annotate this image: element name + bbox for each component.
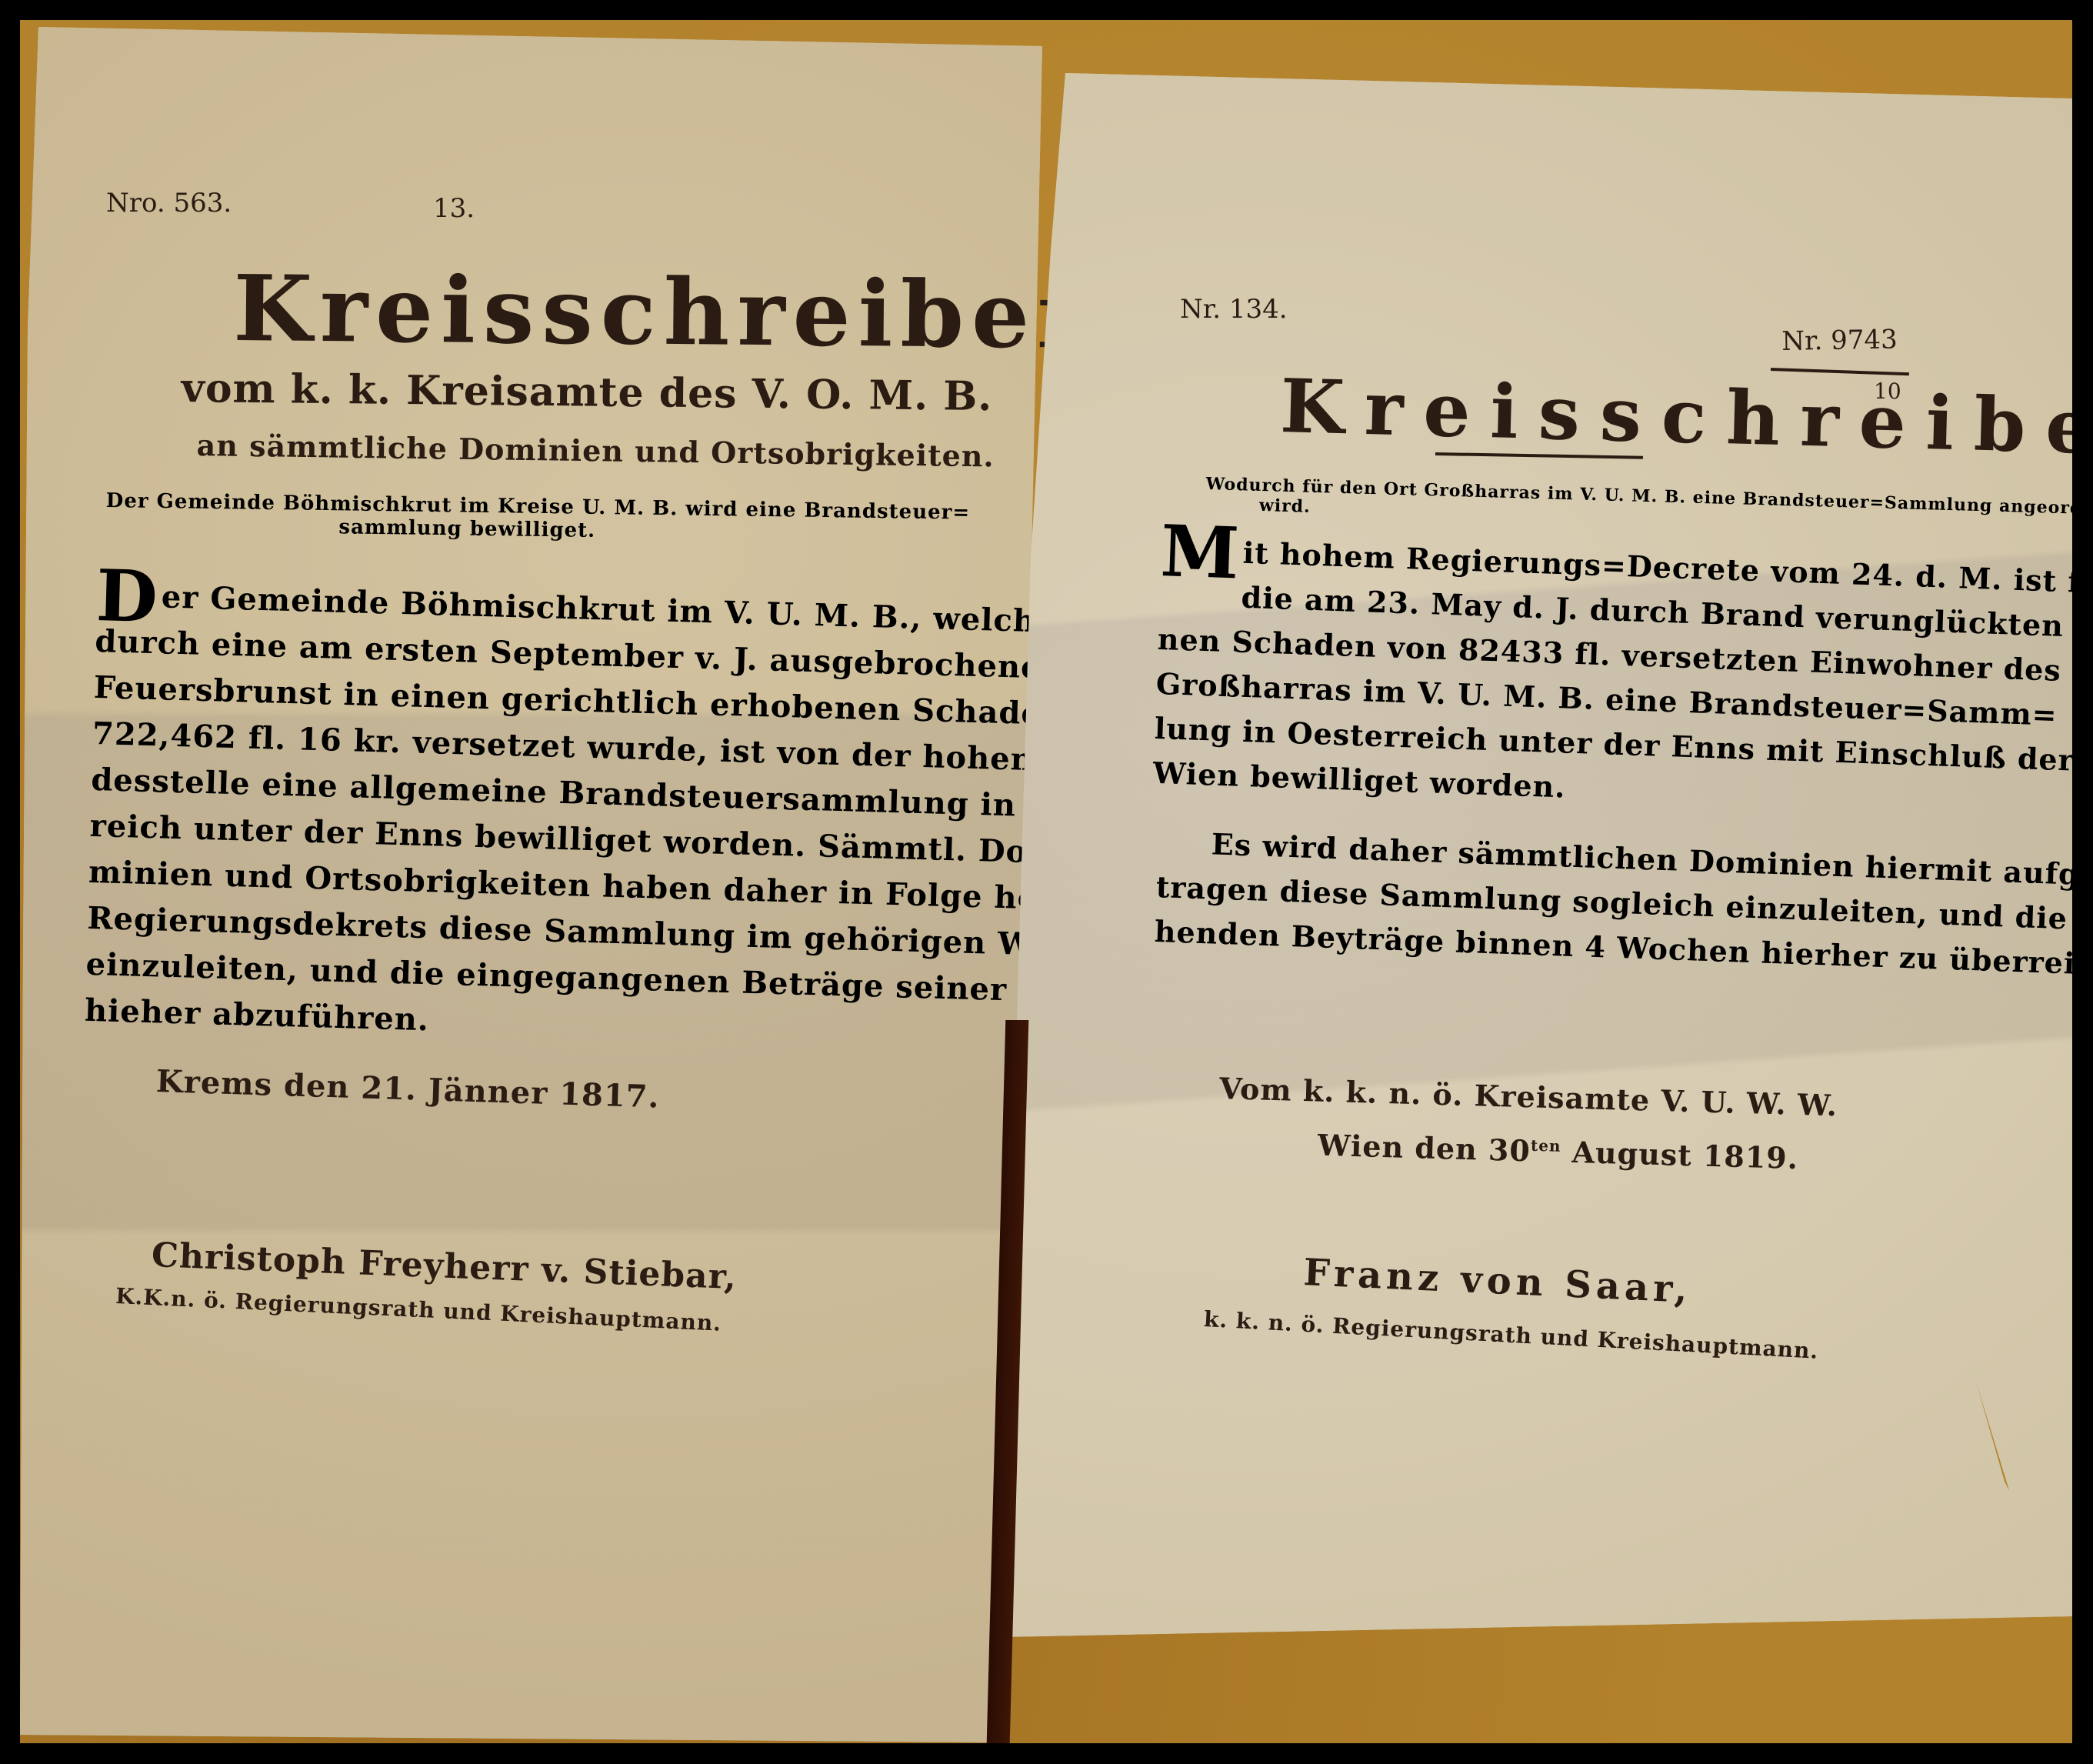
left-document-page-number: 13. (433, 193, 475, 224)
place-date-sup: ten (1531, 1136, 1561, 1155)
place-date-suffix: August 1819. (1571, 1135, 1799, 1175)
left-document-title: Kreisschreiben (233, 255, 1111, 369)
right-document-number: Nr. 134. (1180, 294, 1288, 325)
left-document-number: Nro. 563. (106, 188, 232, 218)
photo-background: Nro. 563. 13. Kreisschreiben vom k. k. K… (20, 20, 2072, 1743)
right-document-dropcap: M (1160, 528, 1241, 577)
left-document-dropcap: D (95, 572, 158, 620)
place-date-prefix: Wien den 30 (1317, 1128, 1531, 1169)
left-document-subtitle: vom k. k. Kreisamte des V. O. M. B. (181, 365, 992, 420)
right-document-body: M it hohem Regierungs=Decrete vom 24. d.… (1152, 528, 1915, 822)
left-document-body: D er Gemeinde Böhmischkrut im V. U. M. B… (84, 572, 804, 1053)
right-document-ref-number: Nr. 9743 (1781, 324, 1898, 357)
right-document-body-2: Es wird daher sämmtlichen Dominien hierm… (1154, 820, 1896, 979)
